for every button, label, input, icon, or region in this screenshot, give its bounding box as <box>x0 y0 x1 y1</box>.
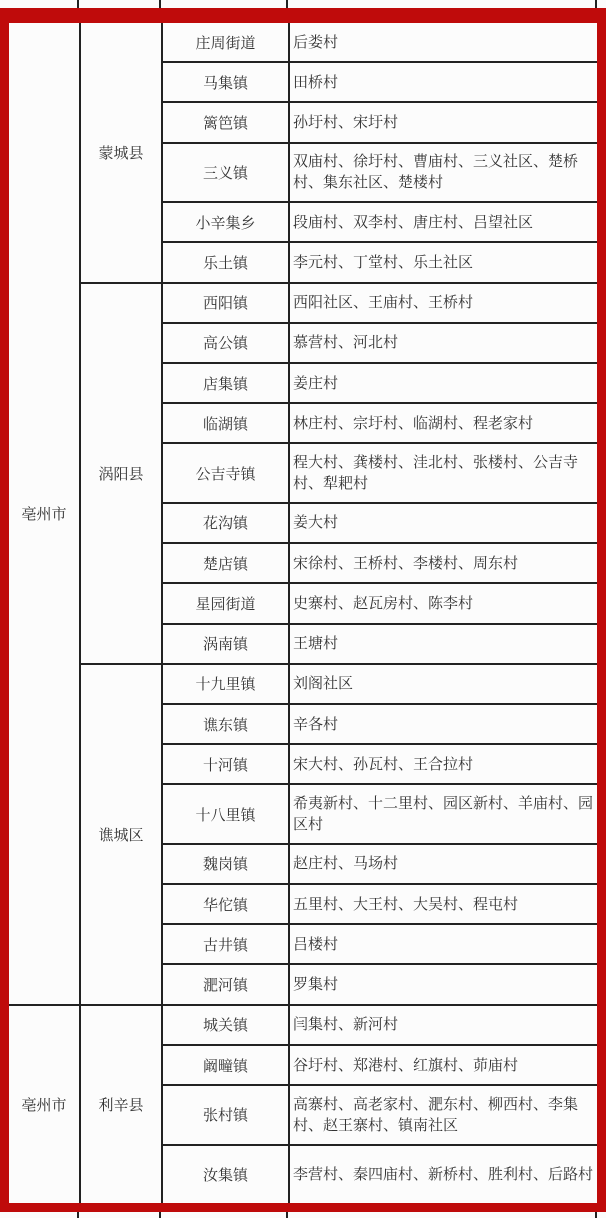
village-cell: 姜庄村 <box>289 363 597 403</box>
town-cell: 公吉寺镇 <box>162 443 289 502</box>
village-cell: 西阳社区、王庙村、王桥村 <box>289 283 597 323</box>
screenshot-page: 亳州市 蒙城县 庄周街道 后娄村 马集镇 田桥村 篱笆镇 孙圩村、宋圩村 三义镇… <box>0 0 606 1218</box>
table-row: 亳州市 蒙城县 庄周街道 后娄村 <box>9 23 597 62</box>
village-cell: 赵庄村、马场村 <box>289 844 597 884</box>
town-cell: 三义镇 <box>162 143 289 202</box>
town-cell: 城关镇 <box>162 1005 289 1045</box>
town-cell: 张村镇 <box>162 1085 289 1144</box>
grid-line <box>286 0 288 8</box>
town-cell: 庄周街道 <box>162 23 289 62</box>
town-cell: 淝河镇 <box>162 964 289 1004</box>
village-cell: 李元村、丁堂村、乐土社区 <box>289 242 597 282</box>
town-cell: 华佗镇 <box>162 884 289 924</box>
county-cell: 涡阳县 <box>80 283 162 664</box>
town-cell: 阚疃镇 <box>162 1045 289 1085</box>
village-cell: 后娄村 <box>289 23 597 62</box>
village-cell: 程大村、龚楼村、洼北村、张楼村、公吉寺村、犁耙村 <box>289 443 597 502</box>
table-container: 亳州市 蒙城县 庄周街道 后娄村 马集镇 田桥村 篱笆镇 孙圩村、宋圩村 三义镇… <box>9 23 597 1203</box>
grid-line <box>159 0 161 8</box>
village-cell: 高寨村、高老家村、淝东村、柳西村、李集村、赵王寨村、镇南社区 <box>289 1085 597 1144</box>
village-cell: 双庙村、徐圩村、曹庙村、三义社区、楚桥村、集东社区、楚楼村 <box>289 143 597 202</box>
grid-line <box>595 1212 597 1218</box>
county-cell: 蒙城县 <box>80 23 162 283</box>
grid-line <box>595 0 597 8</box>
grid-line <box>286 1212 288 1218</box>
village-cell: 慕营村、河北村 <box>289 323 597 363</box>
red-frame-right <box>597 8 606 1212</box>
village-cell: 王塘村 <box>289 624 597 664</box>
admin-divisions-table: 亳州市 蒙城县 庄周街道 后娄村 马集镇 田桥村 篱笆镇 孙圩村、宋圩村 三义镇… <box>9 23 597 1203</box>
village-cell: 闫集村、新河村 <box>289 1005 597 1045</box>
village-cell: 谷圩村、郑港村、红旗村、茆庙村 <box>289 1045 597 1085</box>
town-cell: 花沟镇 <box>162 503 289 543</box>
village-cell: 田桥村 <box>289 62 597 102</box>
red-frame-left <box>0 8 9 1212</box>
town-cell: 楚店镇 <box>162 543 289 583</box>
red-frame-bottom <box>0 1203 606 1212</box>
village-cell: 林庄村、宗圩村、临湖村、程老家村 <box>289 403 597 443</box>
village-cell: 姜大村 <box>289 503 597 543</box>
cropped-table-edge-bottom <box>0 1212 606 1218</box>
town-cell: 店集镇 <box>162 363 289 403</box>
town-cell: 小辛集乡 <box>162 202 289 242</box>
town-cell: 马集镇 <box>162 62 289 102</box>
village-cell: 希夷新村、十二里村、园区新村、羊庙村、园区村 <box>289 784 597 843</box>
town-cell: 临湖镇 <box>162 403 289 443</box>
town-cell: 十九里镇 <box>162 664 289 704</box>
village-cell: 宋徐村、王桥村、李楼村、周东村 <box>289 543 597 583</box>
village-cell: 罗集村 <box>289 964 597 1004</box>
village-cell: 五里村、大王村、大吴村、程屯村 <box>289 884 597 924</box>
town-cell: 汝集镇 <box>162 1145 289 1203</box>
village-cell: 吕楼村 <box>289 924 597 964</box>
town-cell: 西阳镇 <box>162 283 289 323</box>
town-cell: 十河镇 <box>162 744 289 784</box>
table-row: 涡阳县 西阳镇 西阳社区、王庙村、王桥村 <box>9 283 597 323</box>
town-cell: 魏岗镇 <box>162 844 289 884</box>
village-cell: 宋大村、孙瓦村、王合拉村 <box>289 744 597 784</box>
table-row: 亳州市 利辛县 城关镇 闫集村、新河村 <box>9 1005 597 1045</box>
red-frame-top <box>0 8 606 23</box>
table-row: 谯城区 十九里镇 刘阁社区 <box>9 664 597 704</box>
town-cell: 十八里镇 <box>162 784 289 843</box>
town-cell: 古井镇 <box>162 924 289 964</box>
county-cell: 利辛县 <box>80 1005 162 1203</box>
city-cell: 亳州市 <box>9 1005 80 1203</box>
village-cell: 辛各村 <box>289 704 597 744</box>
grid-line <box>159 1212 161 1218</box>
town-cell: 涡南镇 <box>162 624 289 664</box>
village-cell: 孙圩村、宋圩村 <box>289 102 597 142</box>
cropped-table-edge-top <box>0 0 606 8</box>
village-cell: 李营村、秦四庙村、新桥村、胜利村、后路村 <box>289 1145 597 1203</box>
grid-line <box>77 1212 79 1218</box>
county-cell: 谯城区 <box>80 664 162 1005</box>
town-cell: 星园街道 <box>162 583 289 623</box>
village-cell: 刘阁社区 <box>289 664 597 704</box>
village-cell: 段庙村、双李村、唐庄村、吕望社区 <box>289 202 597 242</box>
town-cell: 乐土镇 <box>162 242 289 282</box>
grid-line <box>77 0 79 8</box>
town-cell: 篱笆镇 <box>162 102 289 142</box>
town-cell: 高公镇 <box>162 323 289 363</box>
town-cell: 谯东镇 <box>162 704 289 744</box>
city-cell: 亳州市 <box>9 23 80 1005</box>
village-cell: 史寨村、赵瓦房村、陈李村 <box>289 583 597 623</box>
